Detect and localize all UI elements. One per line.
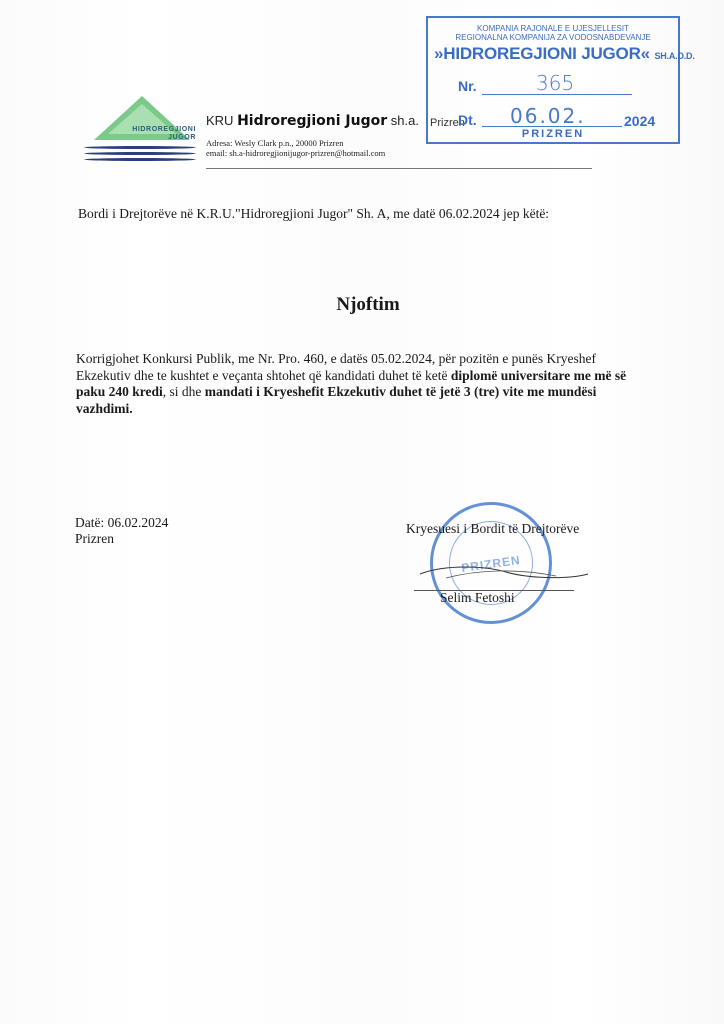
org-prefix: KRU <box>206 113 233 128</box>
wave-icon <box>84 152 196 155</box>
stamp-company-suffix: SH.A.D.D. <box>654 51 694 61</box>
company-logo: HIDROREGJIONI JUGOR <box>84 96 200 164</box>
wave-icon <box>84 158 196 161</box>
document-page: HIDROREGJIONI JUGOR KRU Hidroregjioni Ju… <box>0 0 724 1024</box>
address: Adresa: Wesly Clark p.n., 20000 Prizren <box>206 138 385 148</box>
stamp-line2: REGIONALNA KOMPANIJA ZA VODOSNABDEVANJE <box>428 33 678 42</box>
stamp-dt-value: 06.02. <box>510 104 586 128</box>
logo-text-line2: JUGOR <box>96 134 196 142</box>
address-block: Adresa: Wesly Clark p.n., 20000 Prizren … <box>206 138 385 158</box>
signature-icon <box>416 560 592 584</box>
signatory-title: Kryesuesi i Bordit të Drejtorëve <box>406 521 579 537</box>
stamp-city: PRIZREN <box>428 128 678 140</box>
logo-text: HIDROREGJIONI JUGOR <box>96 126 196 142</box>
stamp-company: »HIDROREGJIONI JUGOR« SH.A.D.D. <box>434 44 695 64</box>
organization-name: KRU Hidroregjioni Jugor sh.a. <box>206 113 419 129</box>
stamp-company-name: »HIDROREGJIONI JUGOR« <box>434 44 650 63</box>
body-paragraph: Korrigjohet Konkursi Publik, me Nr. Pro.… <box>76 351 651 417</box>
footer-date: Datë: 06.02.2024 <box>75 515 168 531</box>
org-suffix: sh.a. <box>391 113 419 128</box>
body-text: , si dhe <box>163 384 205 399</box>
org-name: Hidroregjioni Jugor <box>237 113 387 129</box>
stamp-nr-value: 365 <box>536 71 574 95</box>
intro-text: Bordi i Drejtorëve në K.R.U."Hidroregjio… <box>78 206 549 222</box>
stamp-line1: KOMPANIA RAJONALE E UJESJELLESIT <box>428 24 678 33</box>
signatory-name: Selim Fetoshi <box>440 590 515 606</box>
date-block: Datë: 06.02.2024 Prizren <box>75 515 168 547</box>
stamp-dt-label: Dt. <box>458 112 477 128</box>
email: email: sh.a-hidroregjionijugor-prizren@h… <box>206 148 385 158</box>
stamp-year: 2024 <box>624 113 655 129</box>
logo-text-line1: HIDROREGJIONI <box>96 126 196 134</box>
header-divider <box>206 168 592 169</box>
registry-stamp: KOMPANIA RAJONALE E UJESJELLESIT REGIONA… <box>426 16 680 144</box>
wave-icon <box>84 146 196 149</box>
document-title: Njoftim <box>0 294 724 316</box>
footer-city: Prizren <box>75 531 168 547</box>
stamp-nr-label: Nr. <box>458 78 477 94</box>
